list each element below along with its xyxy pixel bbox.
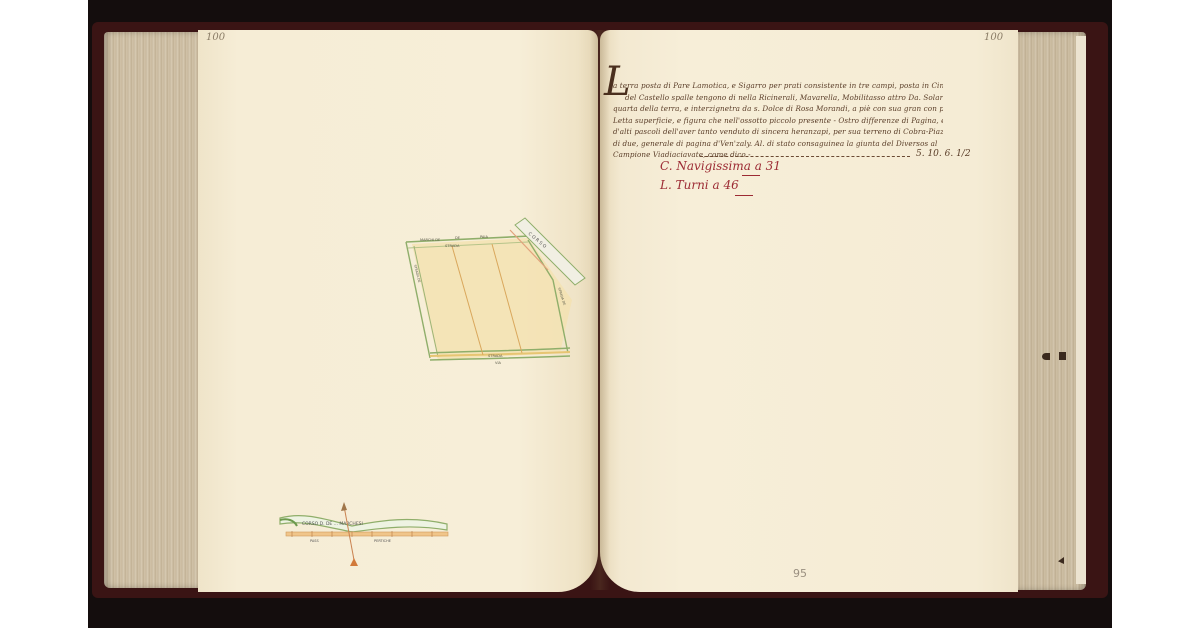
clasp-mark-icon: [1059, 352, 1066, 360]
reference-page: a 31: [755, 159, 781, 173]
dashed-rule: [700, 156, 910, 157]
scale-bar-with-compass: CORSO D. DE ... MARCHESI PASS PERTICHE: [272, 498, 457, 573]
manuscript-text: a terra posta di Pare Lamotica, e Sigarr…: [613, 80, 943, 161]
text-line: quarta della terra, e interzignetra da s…: [613, 103, 943, 115]
svg-text:STRADA: STRADA: [445, 244, 460, 248]
svg-text:PAIA: PAIA: [480, 235, 488, 239]
clasp-mark-icon: [1042, 353, 1050, 360]
text-line: del Castello spalle tengono di nella Ric…: [613, 92, 943, 104]
amount-value: 5. 10. 6. 1/2: [916, 149, 971, 159]
svg-text:STRADA: STRADA: [488, 354, 503, 358]
land-parcel-map: MARCHI DE DE PAIA STRADA STRADA VIA C O …: [400, 210, 600, 375]
reference-page: a 46: [712, 178, 738, 192]
scan-canvas: 100 100 MARCHI DE DE PAIA STRADA STRADA …: [0, 0, 1200, 628]
svg-text:PASS: PASS: [310, 539, 320, 543]
svg-text:VIA: VIA: [495, 361, 502, 365]
right-folio-number: 100: [984, 32, 1003, 43]
svg-text:MARCHI DE: MARCHI DE: [420, 238, 441, 242]
text-line: a terra posta di Pare Lamotica, e Sigarr…: [613, 80, 943, 92]
text-line: d'alti pascoli dell'aver tanto venduto d…: [613, 126, 943, 138]
reference-underline: [735, 195, 753, 196]
svg-text:PERTICHE: PERTICHE: [374, 539, 391, 543]
cross-reference-1: C. Navigissima a 31: [660, 159, 781, 173]
right-endpaper-strip: [1076, 36, 1086, 584]
left-folio-number: 100: [206, 32, 225, 43]
reference-underline: [742, 175, 760, 176]
left-page-block-edge: [104, 32, 200, 588]
reference-label: L. Turni: [660, 178, 709, 192]
svg-text:CORSO D. DE ... MARCHESI: CORSO D. DE ... MARCHESI: [302, 521, 363, 527]
reference-label: C. Navigissima: [660, 159, 751, 173]
pencil-page-number: 95: [793, 567, 807, 580]
svg-text:DE: DE: [455, 236, 461, 240]
text-line: Letta superficie, e figura che nell'osso…: [613, 115, 943, 127]
cross-reference-2: L. Turni a 46: [660, 178, 739, 192]
text-line: di due, generale di pagina d'Ven'zaly. A…: [613, 138, 943, 150]
